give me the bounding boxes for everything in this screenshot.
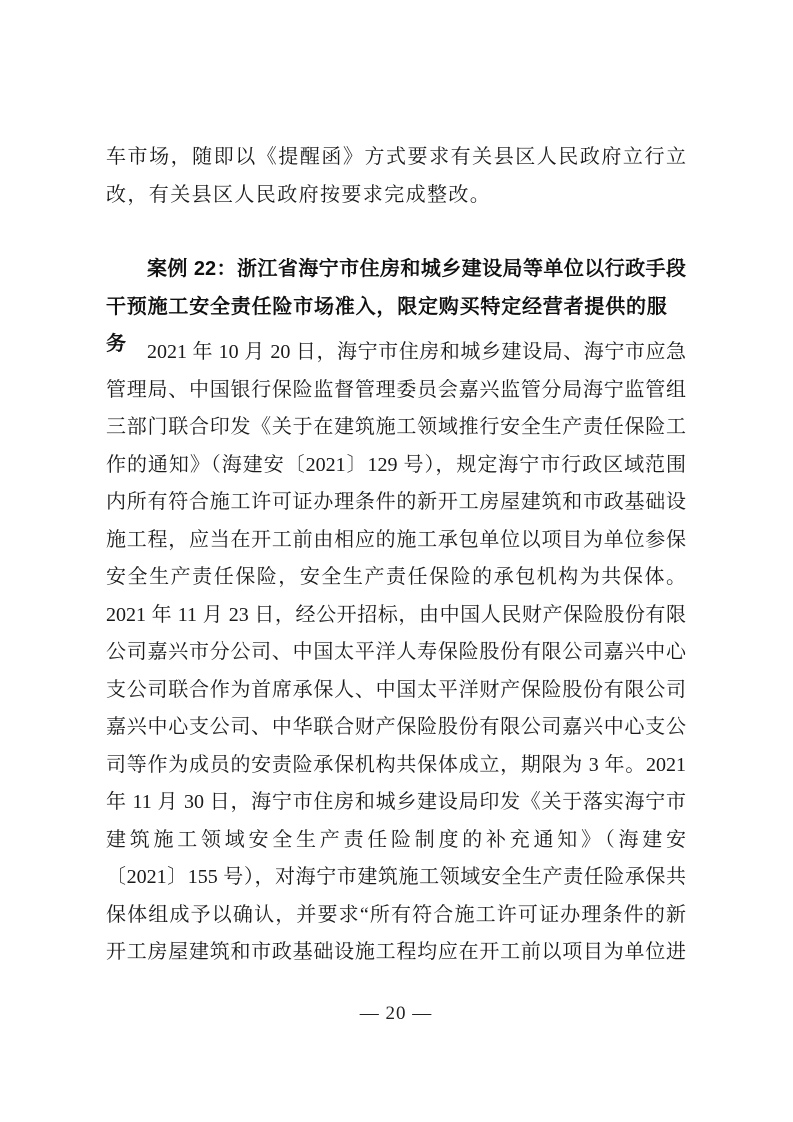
text-line: 施工程，应当在开工前由相应的施工承包单位以项目为单位参保: [106, 522, 686, 560]
text-line: 嘉兴中心支公司、中华联合财产保险股份有限公司嘉兴中心支公: [106, 709, 686, 747]
text-line: 公司嘉兴市分公司、中国太平洋人寿保险股份有限公司嘉兴中心: [106, 634, 686, 672]
text-line: 2021 年 10 月 20 日，海宁市住房和城乡建设局、海宁市应急: [106, 334, 686, 372]
document-page: 车市场，随即以《提醒函》方式要求有关县区人民政府立行立 改，有关县区人民政府按要…: [0, 0, 793, 1122]
text-line: 开工房屋建筑和市政基础设施工程均应在开工前以项目为单位进: [106, 934, 686, 972]
text-line: 2021 年 11 月 23 日，经公开招标，由中国人民财产保险股份有限: [106, 597, 686, 635]
text-line: 内所有符合施工许可证办理条件的新开工房屋建筑和市政基础设: [106, 484, 686, 522]
text-line: 司等作为成员的安责险承保机构共保体成立，期限为 3 年。2021: [106, 747, 686, 785]
page-number: — 20 —: [106, 999, 686, 1029]
case-heading-line: 案例 22：浙江省海宁市住房和城乡建设局等单位以行政手段: [106, 251, 686, 289]
text-line: 管理局、中国银行保险监督管理委员会嘉兴监管分局海宁监管组: [106, 372, 686, 410]
case-heading-line: 干预施工安全责任险市场准入，限定购买特定经营者提供的服务: [106, 289, 686, 327]
text-line: 年 11 月 30 日，海宁市住房和城乡建设局印发《关于落实海宁市: [106, 784, 686, 822]
text-line: 作的通知》（海建安〔2021〕129 号），规定海宁市行政区域范围: [106, 447, 686, 485]
body-paragraph: 2021 年 10 月 20 日，海宁市住房和城乡建设局、海宁市应急 管理局、中…: [106, 334, 686, 972]
text-line: 三部门联合印发《关于在建筑施工领域推行安全生产责任保险工: [106, 409, 686, 447]
text-line: 支公司联合作为首席承保人、中国太平洋财产保险股份有限公司: [106, 672, 686, 710]
text-line: 〔2021〕155 号），对海宁市建筑施工领域安全生产责任险承保共: [106, 859, 686, 897]
text-line: 车市场，随即以《提醒函》方式要求有关县区人民政府立行立: [106, 139, 686, 177]
text-line: 安全生产责任保险，安全生产责任保险的承包机构为共保体。: [106, 559, 686, 597]
case-22-heading: 案例 22：浙江省海宁市住房和城乡建设局等单位以行政手段 干预施工安全责任险市场…: [106, 251, 686, 326]
text-line: 改，有关县区人民政府按要求完成整改。: [106, 177, 686, 215]
continuation-paragraph: 车市场，随即以《提醒函》方式要求有关县区人民政府立行立 改，有关县区人民政府按要…: [106, 139, 686, 214]
text-line: 保体组成予以确认，并要求“所有符合施工许可证办理条件的新: [106, 897, 686, 935]
text-line: 建筑施工领域安全生产责任险制度的补充通知》（海建安: [106, 822, 686, 860]
